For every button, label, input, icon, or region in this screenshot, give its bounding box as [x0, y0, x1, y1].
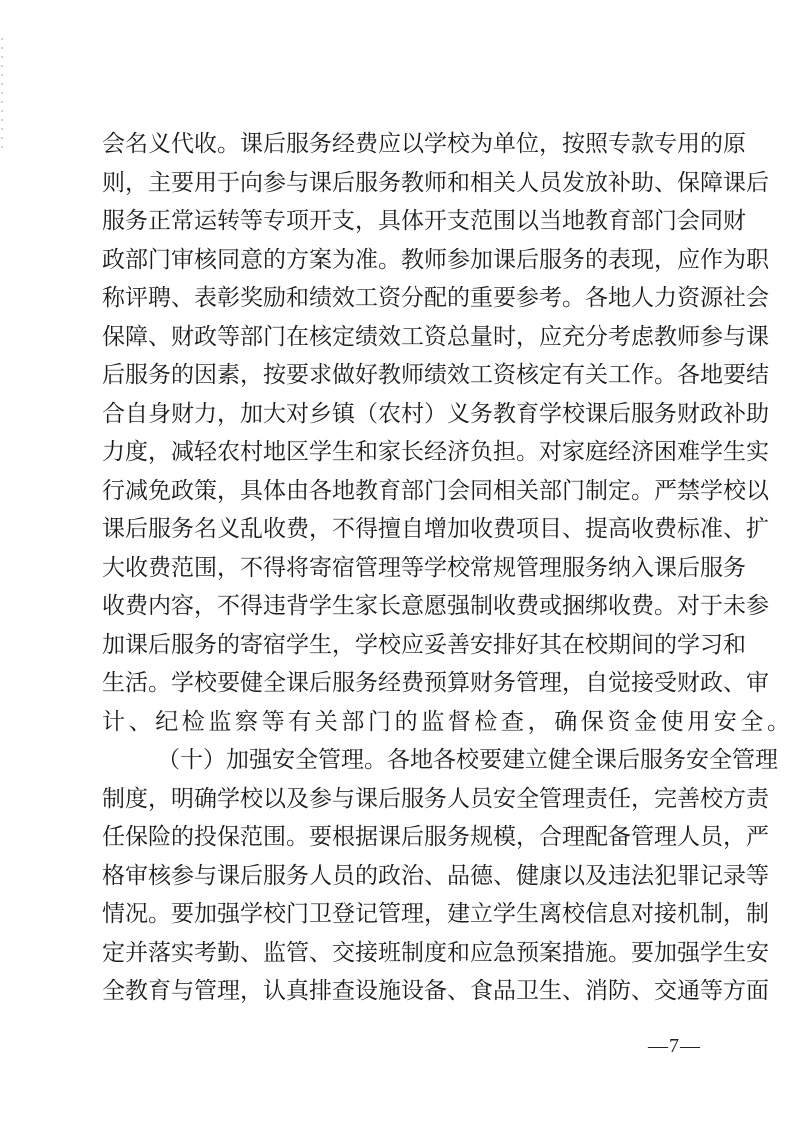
text-line: 政部门审核同意的方案为准。教师参加课后服务的表现，应作为职	[102, 241, 698, 280]
paragraph-fee-management: 会名义代收。课后服务经费应以学校为单位，按照专款专用的原 则，主要用于向参与课后…	[102, 125, 698, 741]
text-line: 后服务的因素，按要求做好教师绩效工资核定有关工作。各地要结	[102, 356, 698, 395]
document-body: 会名义代收。课后服务经费应以学校为单位，按照专款专用的原 则，主要用于向参与课后…	[102, 125, 698, 1011]
text-line: 称评聘、表彰奖励和绩效工资分配的重要参考。各地人力资源社会	[102, 279, 698, 318]
text-line: 行减免政策，具体由各地教育部门会同相关部门制定。严禁学校以	[102, 472, 698, 511]
text-line-paragraph-end: 计、纪检监察等有关部门的监督检查，确保资金使用安全。	[102, 703, 698, 742]
paragraph-safety-management: （十）加强安全管理。各地各校要建立健全课后服务安全管理 制度，明确学校以及参与课…	[102, 741, 698, 1011]
text-line: 会名义代收。课后服务经费应以学校为单位，按照专款专用的原	[102, 125, 698, 164]
text-line: 格审核参与课后服务人员的政治、品德、健康以及违法犯罪记录等	[102, 857, 698, 896]
text-line: 任保险的投保范围。要根据课后服务规模，合理配备管理人员，严	[102, 818, 698, 857]
text-line: 生活。学校要健全课后服务经费预算财务管理，自觉接受财政、审	[102, 664, 698, 703]
binding-marks	[1, 38, 3, 153]
page-number: —7—	[648, 1035, 701, 1058]
text-line: 保障、财政等部门在核定绩效工资总量时，应充分考虑教师参与课	[102, 318, 698, 357]
text-line: 收费内容，不得违背学生家长意愿强制收费或捆绑收费。对于未参	[102, 587, 698, 626]
text-line: 制度，明确学校以及参与课后服务人员安全管理责任，完善校方责	[102, 780, 698, 819]
section-heading-line: （十）加强安全管理。各地各校要建立健全课后服务安全管理	[102, 741, 698, 780]
text-line: 大收费范围，不得将寄宿管理等学校常规管理服务纳入课后服务	[102, 549, 698, 588]
text-line: 服务正常运转等专项开支，具体开支范围以当地教育部门会同财	[102, 202, 698, 241]
text-line: 合自身财力，加大对乡镇（农村）义务教育学校课后服务财政补助	[102, 395, 698, 434]
text-line: 则，主要用于向参与课后服务教师和相关人员发放补助、保障课后	[102, 164, 698, 203]
text-line: 课后服务名义乱收费，不得擅自增加收费项目、提高收费标准、扩	[102, 510, 698, 549]
text-line: 加课后服务的寄宿学生，学校应妥善安排好其在校期间的学习和	[102, 626, 698, 665]
text-line: 全教育与管理，认真排查设施设备、食品卫生、消防、交通等方面	[102, 972, 698, 1011]
text-line: 情况。要加强学校门卫登记管理，建立学生离校信息对接机制，制	[102, 895, 698, 934]
text-line: 力度，减轻农村地区学生和家长经济负担。对家庭经济困难学生实	[102, 433, 698, 472]
text-line: 定并落实考勤、监管、交接班制度和应急预案措施。要加强学生安	[102, 934, 698, 973]
